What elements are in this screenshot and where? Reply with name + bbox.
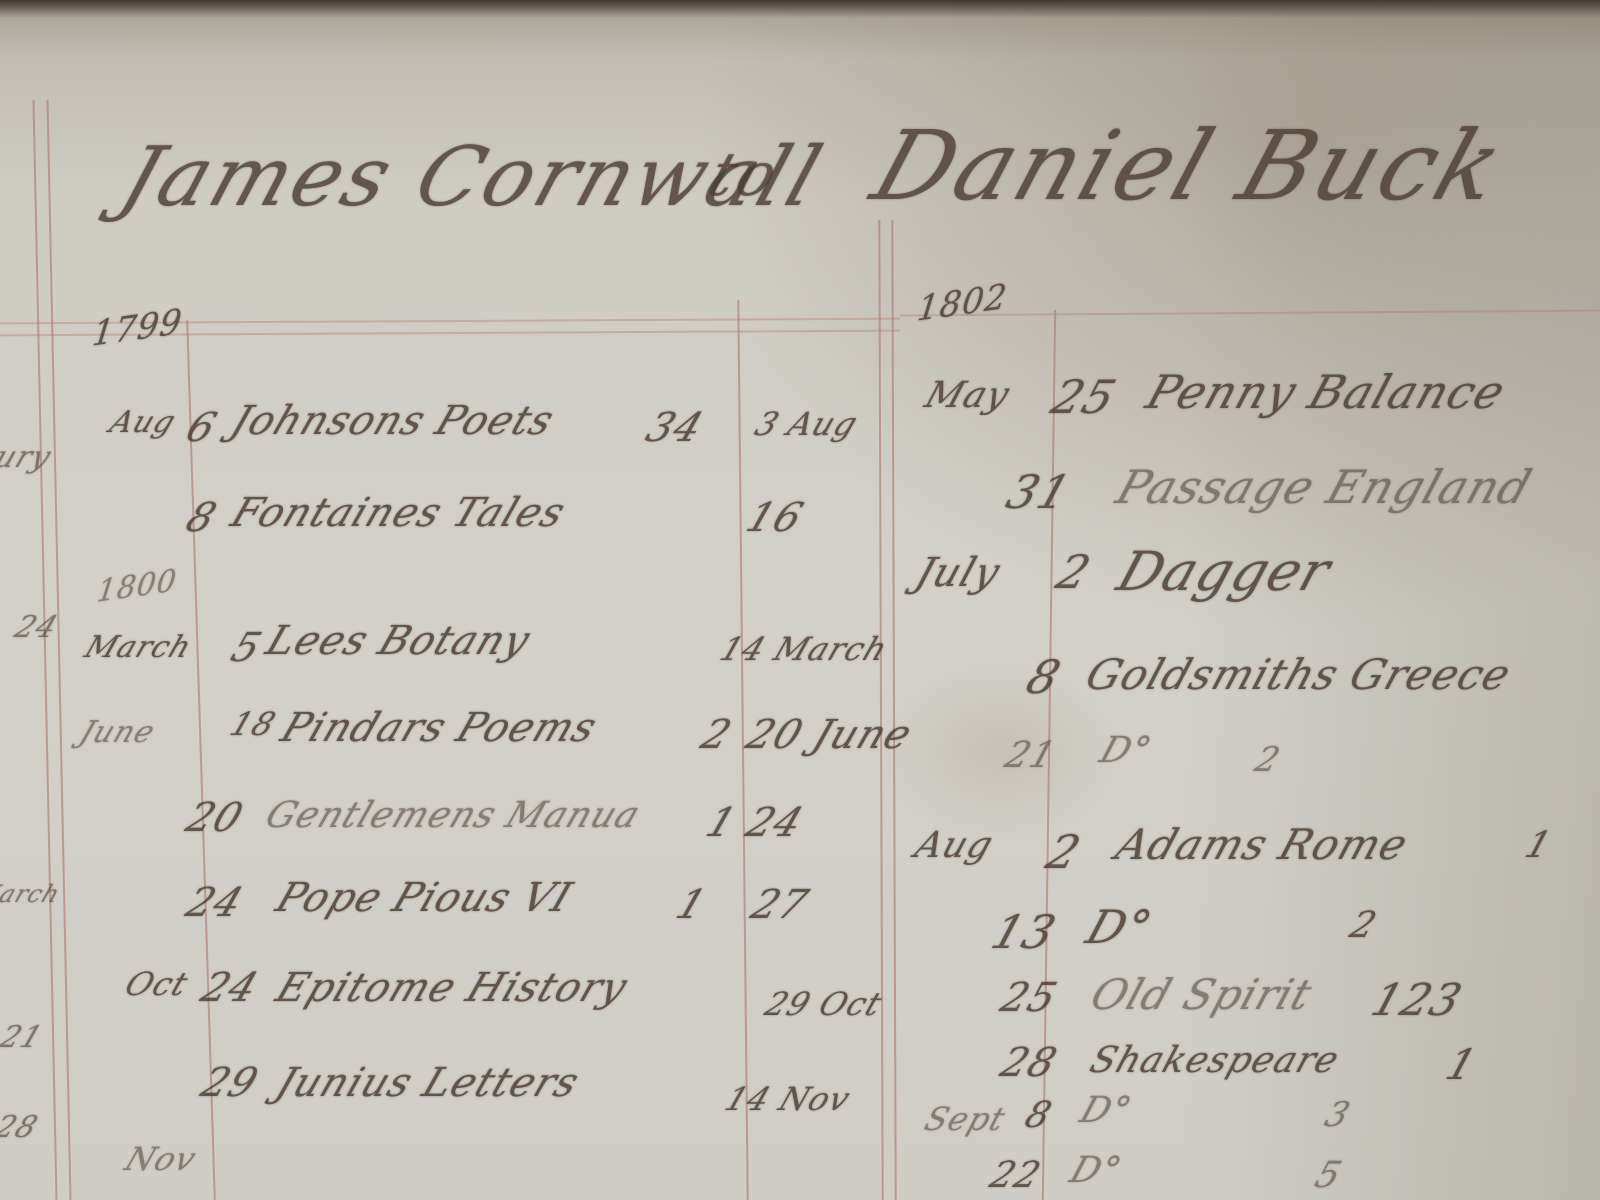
right-entry-day: 21 [1000,735,1061,776]
left-entry-qty: 2 [695,712,738,758]
margin-fragment: 21 [0,1020,48,1055]
left-entry-item: Fontaines Tales [225,490,572,536]
right-entry-item: D° [1065,1150,1127,1191]
left-entry-month: March [80,630,197,665]
left-entry-note: 27 [745,882,815,928]
left-entry-day: 8 [180,495,223,541]
right-entry-item: Adams Rome [1110,820,1414,869]
right-year-start: 1802 [915,276,1010,330]
right-entry-day: 28 [995,1040,1063,1086]
left-entry-month: Oct [120,965,194,1003]
right-entry-item: D° [1080,900,1159,954]
right-entry-month: Sept [920,1100,1011,1138]
right-entry-day: 13 [985,905,1063,959]
right-entry-month: May [920,375,1015,416]
left-entry-month: Nov [120,1140,202,1178]
right-entry-day: 25 [995,975,1063,1021]
right-entry-day: 8 [1020,1095,1057,1136]
left-entry-item: Lees Botany [260,618,537,664]
right-entry-item: D° [1095,730,1157,771]
center-rule-1 [878,220,883,1200]
left-entry-note: 29 Oct [760,985,888,1023]
left-entry-qty: 34 [640,405,710,451]
left-entry-day: 24 [195,965,265,1011]
left-entry-item: Gentlemens Manua [260,795,646,836]
right-entry-day: 25 [1045,370,1123,424]
left-entry-day: 6 [180,405,223,451]
left-entry-day: 20 [180,795,250,841]
left-entry-day: 18 [225,705,282,743]
center-rule-2 [891,220,896,1200]
right-entry-month: July [910,550,1006,596]
left-entry-note: 14 March [715,630,893,668]
right-entry-item: D° [1075,1090,1137,1131]
left-entry-qty: 1 [670,882,713,928]
right-entry-item: Goldsmiths Greece [1080,650,1517,699]
right-entry-item: Passage England [1110,460,1539,514]
right-entry-day: 22 [985,1155,1046,1196]
right-entry-month: Aug [910,825,999,866]
left-year-start: 1799 [90,301,185,355]
left-entry-note: 3 Aug [750,405,864,443]
left-entry-item: Epitome History [270,965,634,1011]
left-entry-day: 24 [180,880,250,926]
right-entry-day: 2 [1050,545,1098,599]
right-entry-item: Old Spirit [1085,970,1319,1019]
right-entry-day: 8 [1020,650,1068,704]
right-entry-item: Shakespeare [1085,1040,1345,1081]
left-entry-month: June [75,715,160,750]
margin-fragment: March [0,880,64,908]
right-entry-qty: 123 [1365,975,1469,1026]
margin-fragment: 24 [10,610,63,645]
left-entry-item: Junius Letters [270,1060,586,1106]
left-entry-day: 5 [225,625,268,671]
left-year-1800: 1800 [95,563,179,610]
left-entry-note: 16 [740,495,810,541]
right-entry-item: Penny Balance [1140,365,1512,419]
left-entry-item: Pindars Poems [275,705,604,751]
right-entry-day: 31 [1000,465,1078,519]
left-entry-item: Pope Pious VI [270,875,579,921]
left-entry-qty: 1 [700,800,743,846]
left-entry-day: 29 [195,1060,265,1106]
left-entry-note: 14 Nov [720,1080,856,1118]
left-entry-note: 24 [740,800,810,846]
margin-fragment: 28 [0,1110,43,1145]
right-entry-item: Dagger [1110,540,1339,603]
ledger-page: James Cornwall to Daniel Buck 1799 Aug 6… [0,0,1600,1200]
left-entry-month: Aug [105,405,181,440]
heading-creditor: Daniel Buck [860,110,1518,222]
margin-rule-2 [46,100,71,1200]
left-entry-note: 20 June [740,712,919,758]
left-entry-item: Johnsons Poets [225,398,561,444]
margin-fragment: ury [0,440,56,475]
